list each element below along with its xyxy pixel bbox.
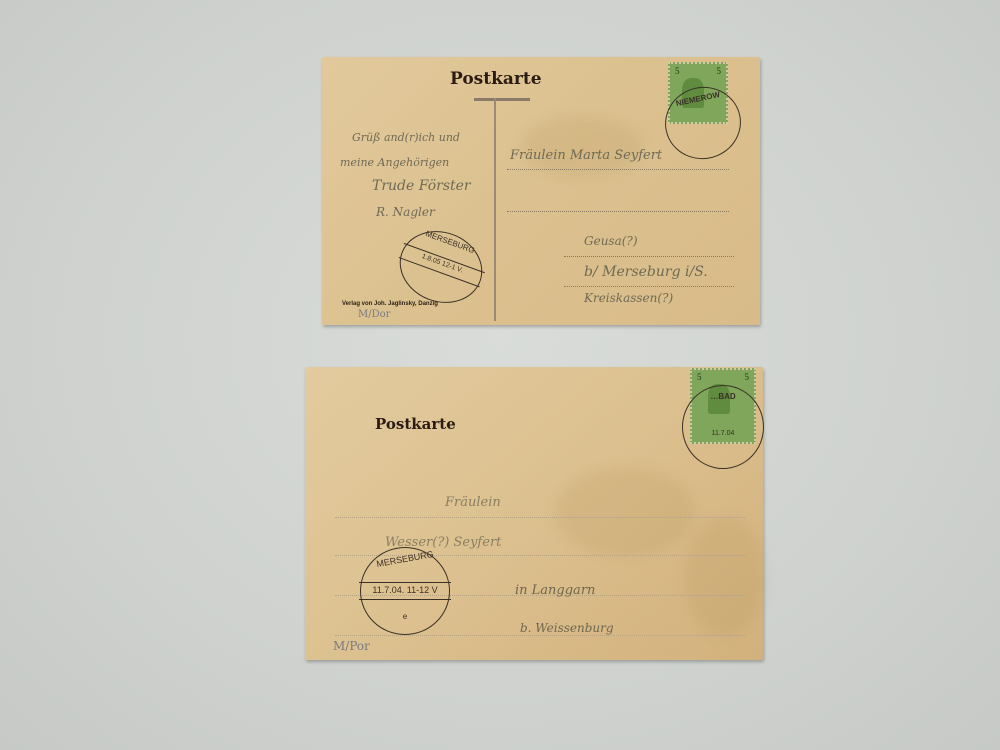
postcard-top: Postkarte Grüß and(r)ich und meine Angeh… — [322, 57, 760, 325]
address-line-text: in Langgarn — [515, 583, 595, 598]
postmark-town: MERSEBURG — [361, 546, 449, 571]
postmark: …BAD 11.7.04 — [682, 385, 764, 469]
message-line: meine Angehörigen — [340, 156, 449, 169]
address-line — [335, 635, 745, 636]
address-line-text: b/ Merseburg i/S. — [584, 264, 708, 280]
postmark-town: …BAD — [683, 392, 763, 401]
address-line-text: Kreiskassen(?) — [584, 291, 673, 305]
postmark: MERSEBURG 11.7.04. 11-12 V e — [360, 547, 450, 635]
stamp-value: 5 — [697, 372, 702, 382]
address-recipient: Fräulein — [445, 495, 501, 510]
address-line-text: Geusa(?) — [584, 234, 638, 248]
stamp-value: 5 — [675, 66, 680, 76]
message-line: Grüß and(r)ich und — [352, 131, 460, 144]
postcard-title: Postkarte — [450, 69, 542, 89]
postmark-suffix: e — [361, 612, 449, 621]
stain — [555, 467, 695, 557]
address-line — [507, 211, 729, 212]
message-line: Trude Förster — [372, 178, 471, 194]
address-line — [335, 517, 745, 518]
stamp-value: 5 — [745, 372, 750, 382]
stamp-value: 5 — [717, 66, 722, 76]
pencil-note: M/Dor — [358, 309, 390, 320]
postmark-date: 11.7.04 — [683, 430, 763, 437]
stain — [522, 117, 642, 177]
address-recipient: Fräulein Marta Seyfert — [510, 148, 662, 163]
postmark-date: 11.7.04. 11-12 V — [361, 585, 449, 595]
pencil-note: M/Por — [333, 639, 370, 653]
message-line: R. Nagler — [376, 205, 435, 219]
divider-vertical — [494, 98, 496, 321]
address-line — [507, 169, 729, 170]
publisher-imprint: Verlag von Joh. Jaglinsky, Danzig — [342, 301, 438, 307]
postcard-title: Postkarte — [375, 415, 456, 433]
divider-top — [474, 98, 530, 101]
address-line — [564, 256, 734, 257]
postcard-bottom: Postkarte Fräulein Wesser(?) Seyfert in … — [305, 367, 763, 660]
address-line — [564, 286, 734, 287]
stain — [685, 517, 765, 637]
address-line-text: b. Weissenburg — [520, 621, 614, 635]
